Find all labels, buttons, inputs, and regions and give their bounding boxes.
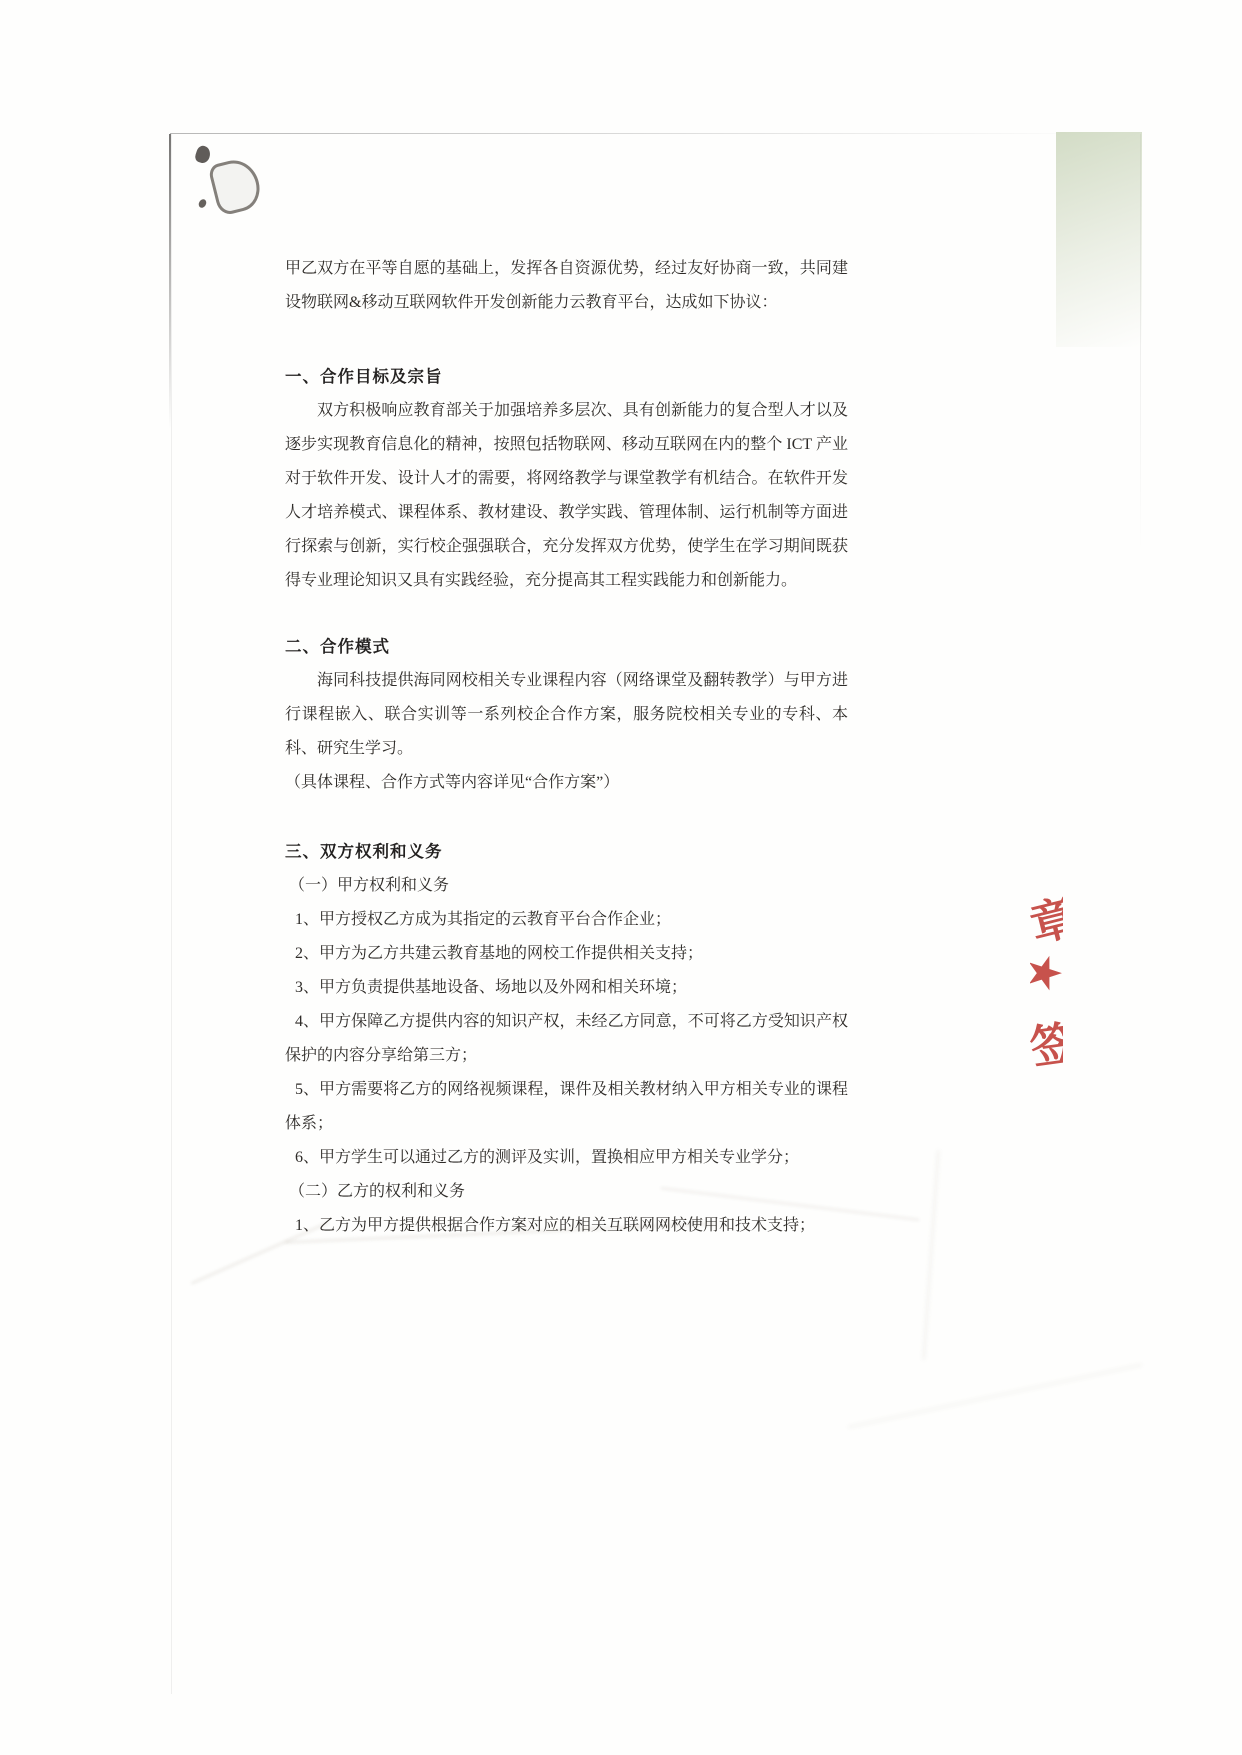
partyA-item-4: 4、甲方保障乙方提供内容的知识产权，未经乙方同意，不可将乙方受知识产权保护的内容… [285,1005,848,1073]
scan-smudge [197,198,208,209]
seal-star-icon: ★ [1030,945,1063,1001]
partyA-item-6: 6、甲方学生可以通过乙方的测评及实训，置换相应甲方相关专业学分； [285,1141,848,1175]
subsection-partyB-heading: （二）乙方的权利和义务 [285,1175,848,1209]
paper-crease [848,1364,1142,1428]
intro-paragraph: 甲乙双方在平等自愿的基础上，发挥各自资源优势，经过友好协商一致，共同建设物联网&… [285,252,848,320]
section-1-heading: 一、合作目标及宗旨 [285,360,848,394]
partyA-item-1: 1、甲方授权乙方成为其指定的云教育平台合作企业； [285,903,848,937]
subsection-partyA-heading: （一）甲方权利和义务 [285,869,848,903]
scanner-background-corner [1056,132,1142,347]
contract-text-column: 甲乙双方在平等自愿的基础上，发挥各自资源优势，经过友好协商一致，共同建设物联网&… [285,252,848,1243]
section-3-heading: 三、双方权利和义务 [285,835,848,869]
scan-smudge [207,155,264,217]
seal-character-bottom-icon: 签 [1030,1006,1063,1075]
section-2-heading: 二、合作模式 [285,630,848,664]
partyB-item-1: 1、乙方为甲方提供根据合作方案对应的相关互联网网校使用和技术支持； [285,1209,848,1243]
partyA-item-3: 3、甲方负责提供基地设备、场地以及外网和相关环境； [285,971,848,1005]
section-2-note: （具体课程、合作方式等内容详见“合作方案”） [285,766,848,800]
paper-crease [923,1150,940,1360]
section-1-paragraph: 双方积极响应教育部关于加强培养多层次、具有创新能力的复合型人才以及逐步实现教育信… [285,394,848,598]
paper-left-edge-faint [171,134,172,1694]
partyA-item-2: 2、甲方为乙方共建云教育基地的网校工作提供相关支持； [285,937,848,971]
section-2-paragraph: 海同科技提供海同网校相关专业课程内容（网络课堂及翻转教学）与甲方进行课程嵌入、联… [285,664,848,766]
scan-smudge [194,144,213,164]
partial-red-seal: 章 ★ 签 [1030,893,1063,1075]
partyA-item-5: 5、甲方需要将乙方的网络视频课程，课件及相关教材纳入甲方相关专业的课程体系； [285,1073,848,1141]
paper-top-edge-shadow [170,133,1100,134]
scanned-page: 甲乙双方在平等自愿的基础上，发挥各自资源优势，经过友好协商一致，共同建设物联网&… [0,0,1242,1755]
